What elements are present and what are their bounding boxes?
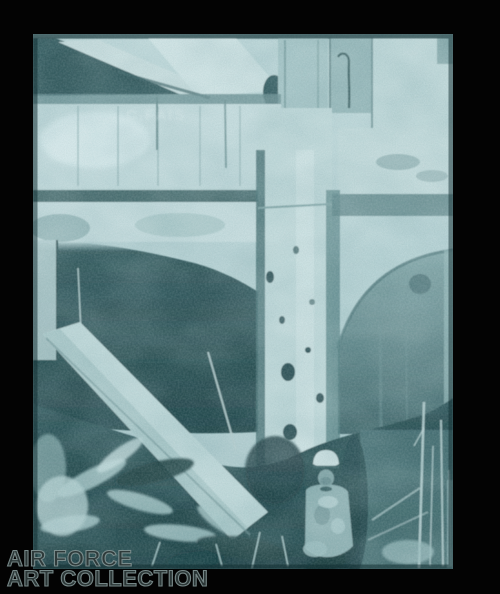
film-grain-overlay — [33, 34, 453, 569]
photo: C.FAIS — [0, 0, 500, 594]
watermark: AIR FORCE ART COLLECTION — [7, 549, 208, 589]
watermark-line-2: ART COLLECTION — [7, 569, 208, 589]
screenshot-canvas: C.FAIS — [0, 0, 500, 594]
